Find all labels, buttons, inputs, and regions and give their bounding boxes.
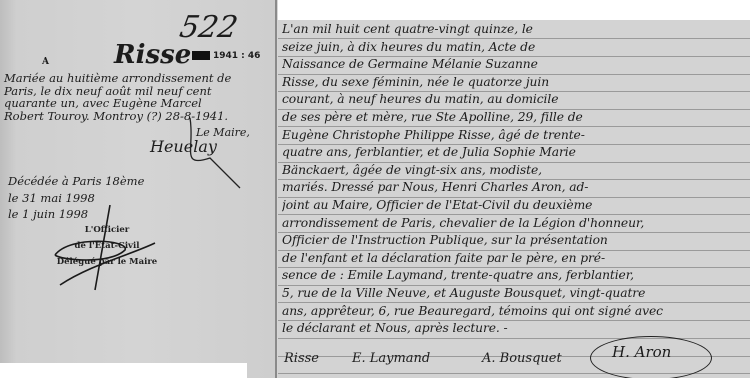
- act-text-line: Eugène Christophe Philippe Risse, âgé de…: [282, 127, 744, 145]
- witness-signature-laymand: E. Laymand: [352, 351, 430, 366]
- act-text-line: mariés. Dressé par Nous, Henri Charles A…: [282, 179, 744, 197]
- act-text-line: courant, à neuf heures du matin, au domi…: [282, 91, 744, 109]
- act-text-line: seize juin, à dix heures du matin, Acte …: [282, 39, 744, 57]
- act-text-line: Risse, du sexe féminin, née le quatorze …: [282, 74, 744, 92]
- registry-stamp: 1941 : 46: [192, 51, 260, 61]
- annotation-line: Mariée au huitième arrondissement de: [4, 72, 231, 85]
- annotation-line: quarante un, avec Eugène Marcel: [4, 97, 231, 110]
- act-text-line: quatre ans, ferblantier, et de Julia Sop…: [282, 144, 744, 162]
- act-text-line: Bänckaert, âgée de vingt-six ans, modist…: [282, 162, 744, 180]
- act-text-line: 5, rue de la Ville Neuve, et Auguste Bou…: [282, 285, 744, 303]
- annotation-line: le 31 mai 1998: [8, 190, 144, 207]
- register-letter: A: [42, 57, 49, 67]
- birth-act-text: L'an mil huit cent quatre-vingt quinze, …: [282, 21, 744, 338]
- witness-signature-bousquet: A. Bousquet: [482, 351, 562, 366]
- signature-oval-flourish-icon: [590, 336, 712, 378]
- scan-margin-top: [278, 0, 750, 20]
- stamp-block-icon: [192, 51, 210, 60]
- marriage-annotation: Mariée au huitième arrondissement de Par…: [4, 72, 231, 122]
- left-margin-page: 522 A Risse 1941 : 46 Mariée au huitième…: [0, 0, 277, 378]
- act-text-line: L'an mil huit cent quatre-vingt quinze, …: [282, 21, 744, 39]
- surname-heading: Risse: [114, 40, 191, 70]
- act-text-line: de l'enfant et la déclaration faite par …: [282, 250, 744, 268]
- act-text-line: arrondissement de Paris, chevalier de la…: [282, 215, 744, 233]
- annotation-line: Décédée à Paris 18ème: [8, 173, 144, 190]
- act-text-line: Naissance de Germaine Mélanie Suzanne: [282, 56, 744, 74]
- act-text-line: Officier de l'Instruction Publique, sur …: [282, 232, 744, 250]
- act-text-line: joint au Maire, Officier de l'Etat-Civil…: [282, 197, 744, 215]
- act-text-line: ans, apprêteur, 6, rue Beauregard, témoi…: [282, 303, 744, 321]
- act-text-line: le déclarant et Nous, après lecture. -: [282, 320, 744, 338]
- officer-signature-icon: [50, 205, 160, 295]
- act-text-line: de ses père et mère, rue Ste Apolline, 2…: [282, 109, 744, 127]
- act-text-line: sence de : Emile Laymand, trente-quatre …: [282, 267, 744, 285]
- scan-margin-bottom: [0, 363, 247, 378]
- declarant-signature: Risse: [284, 351, 319, 366]
